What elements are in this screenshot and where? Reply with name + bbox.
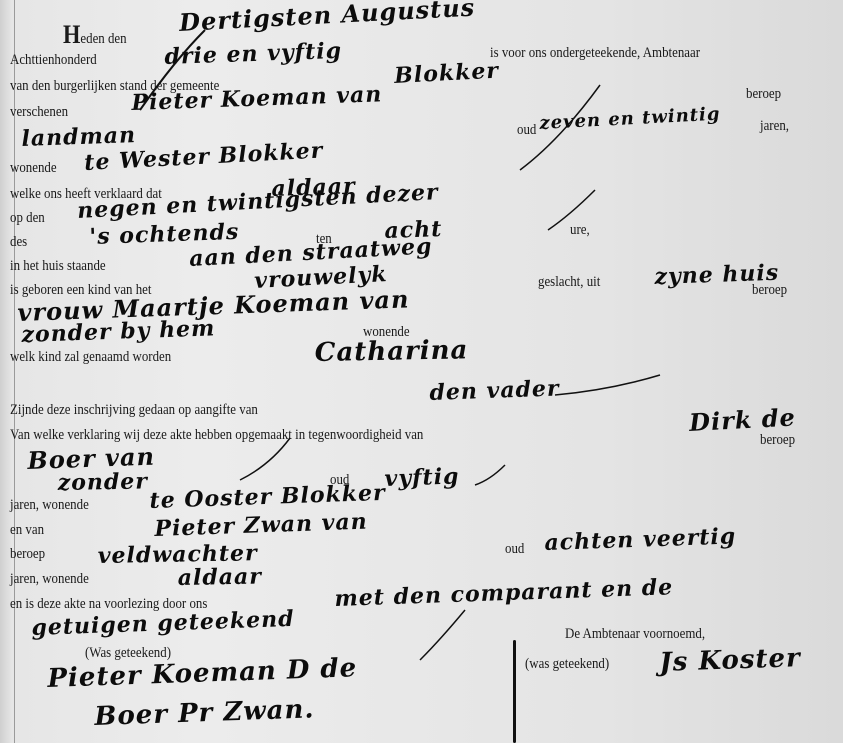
birth-record-page: HHeden deneden den Achttienhonderd is vo… (0, 0, 843, 743)
pen-flourishes (0, 0, 843, 743)
signature-divider-brace (513, 640, 516, 743)
